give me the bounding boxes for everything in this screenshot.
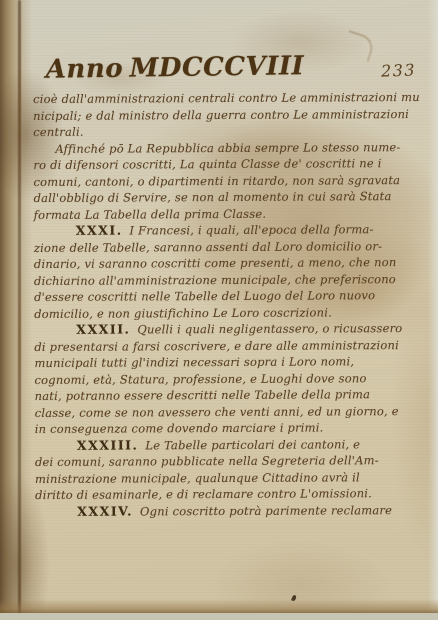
manuscript-text: cioè dall'amministrazioni centrali contr…	[33, 89, 413, 520]
page-number: 233	[381, 60, 417, 80]
line-text: formata La Tabella della prima Classe.	[34, 206, 267, 221]
line-text: cioè dall'amministrazioni centrali contr…	[33, 90, 420, 106]
page-bottom-edge	[0, 599, 438, 613]
line-text: comuni, cantoni, o dipartimenti in ritar…	[33, 173, 400, 189]
line-text: d'essere coscritti nelle Tabelle del Luo…	[34, 288, 375, 304]
line-text: classe, come se non avessero che venti a…	[35, 404, 399, 420]
line-text: nati, potranno essere descritti nelle Ta…	[35, 387, 371, 403]
manuscript-line: XXXIII.Le Tabelle particolari dei canton…	[35, 436, 413, 454]
line-text: dall'obbligo di Servire, se non al momen…	[34, 189, 392, 205]
line-text: diritto di esaminarle, e di reclamare co…	[35, 486, 372, 502]
article-number: XXXIV.	[77, 503, 133, 518]
manuscript-line: municipali tutti gl'indizi necessari sop…	[34, 353, 412, 371]
manuscript-line: ro di difensori coscritti, La quinta Cla…	[33, 155, 411, 173]
manuscript-line: cioè dall'amministrazioni centrali contr…	[33, 89, 411, 107]
page-fold-line	[18, 0, 21, 620]
page-bottom-strip	[0, 613, 438, 620]
manuscript-line: di presentarsi a farsi coscrivere, e dar…	[34, 337, 412, 355]
line-text: nicipali; e dal ministro della guerra co…	[33, 107, 409, 123]
manuscript-line: in conseguenza come dovendo marciare i p…	[35, 419, 413, 437]
line-text: dinario, vi saranno coscritti come prese…	[34, 255, 397, 271]
article-number: XXXIII.	[77, 437, 139, 452]
manuscript-line: dinario, vi saranno coscritti come prese…	[34, 254, 412, 272]
line-text: dichiarino all'amministrazione municipal…	[34, 272, 396, 288]
book-gutter	[0, 0, 34, 620]
manuscript-line: nicipali; e dal ministro della guerra co…	[33, 106, 411, 124]
line-text: Quelli i quali negligentassero, o ricusa…	[137, 321, 402, 336]
line-text: Affinché pō La Repubblica abbia sempre L…	[55, 140, 400, 156]
manuscript-line: d'essere coscritti nelle Tabelle del Luo…	[34, 287, 412, 305]
manuscript-line: ministrazione municipale, qualunque Citt…	[35, 469, 413, 487]
page-right-edge	[428, 0, 438, 620]
manuscript-line: XXXII.Quelli i quali negligentassero, o …	[34, 320, 412, 338]
line-text: in conseguenza come dovendo marciare i p…	[35, 420, 324, 436]
manuscript-line: zione delle Tabelle, saranno assenti dal…	[34, 238, 412, 256]
manuscript-line: cognomi, età, Statura, professione, e Lu…	[34, 370, 412, 388]
article-number: XXXI.	[76, 223, 123, 238]
manuscript-line: nati, potranno essere descritti nelle Ta…	[35, 386, 413, 404]
ink-speck	[291, 594, 297, 601]
line-text: centrali.	[33, 125, 84, 139]
page-title: Anno MDCCCVIII	[0, 51, 350, 86]
manuscript-line: diritto di esaminarle, e di reclamare co…	[35, 485, 413, 503]
manuscript-line: Affinché pō La Repubblica abbia sempre L…	[33, 139, 411, 157]
manuscript-line: dall'obbligo di Servire, se non al momen…	[34, 188, 412, 206]
line-text: zione delle Tabelle, saranno assenti dal…	[34, 239, 382, 255]
article-number: XXXII.	[76, 321, 130, 336]
line-text: Ogni coscritto potrà parimente reclamare	[140, 503, 392, 518]
manuscript-line: XXXI.I Francesi, i quali, all'epoca dell…	[34, 221, 412, 239]
manuscript-line: dichiarino all'amministrazione municipal…	[34, 271, 412, 289]
manuscript-line: dei comuni, saranno pubblicate nella Seg…	[35, 452, 413, 470]
manuscript-line: domicilio, e non giustifichino Le Loro c…	[34, 304, 412, 322]
line-text: dei comuni, saranno pubblicate nella Seg…	[35, 453, 379, 469]
manuscript-line: formata La Tabella della prima Classe.	[34, 205, 412, 223]
manuscript-line: comuni, cantoni, o dipartimenti in ritar…	[33, 172, 411, 190]
line-text: ro di difensori coscritti, La quinta Cla…	[33, 156, 381, 172]
manuscript-line: classe, come se non avessero che venti a…	[35, 403, 413, 421]
manuscript-line: XXXIV.Ogni coscritto potrà parimente rec…	[35, 502, 413, 520]
line-text: municipali tutti gl'indizi necessari sop…	[34, 354, 354, 370]
line-text: di presentarsi a farsi coscrivere, e dar…	[34, 338, 399, 354]
manuscript-page: Anno MDCCCVIII 233 cioè dall'amministraz…	[0, 0, 438, 620]
line-text: I Francesi, i quali, all'epoca della for…	[129, 222, 373, 237]
line-text: domicilio, e non giustifichino Le Loro c…	[34, 305, 332, 321]
manuscript-line: centrali.	[33, 122, 411, 140]
line-text: ministrazione municipale, qualunque Citt…	[35, 470, 360, 486]
line-text: cognomi, età, Statura, professione, e Lu…	[34, 371, 366, 387]
line-text: Le Tabelle particolari dei cantoni, e	[145, 437, 360, 452]
